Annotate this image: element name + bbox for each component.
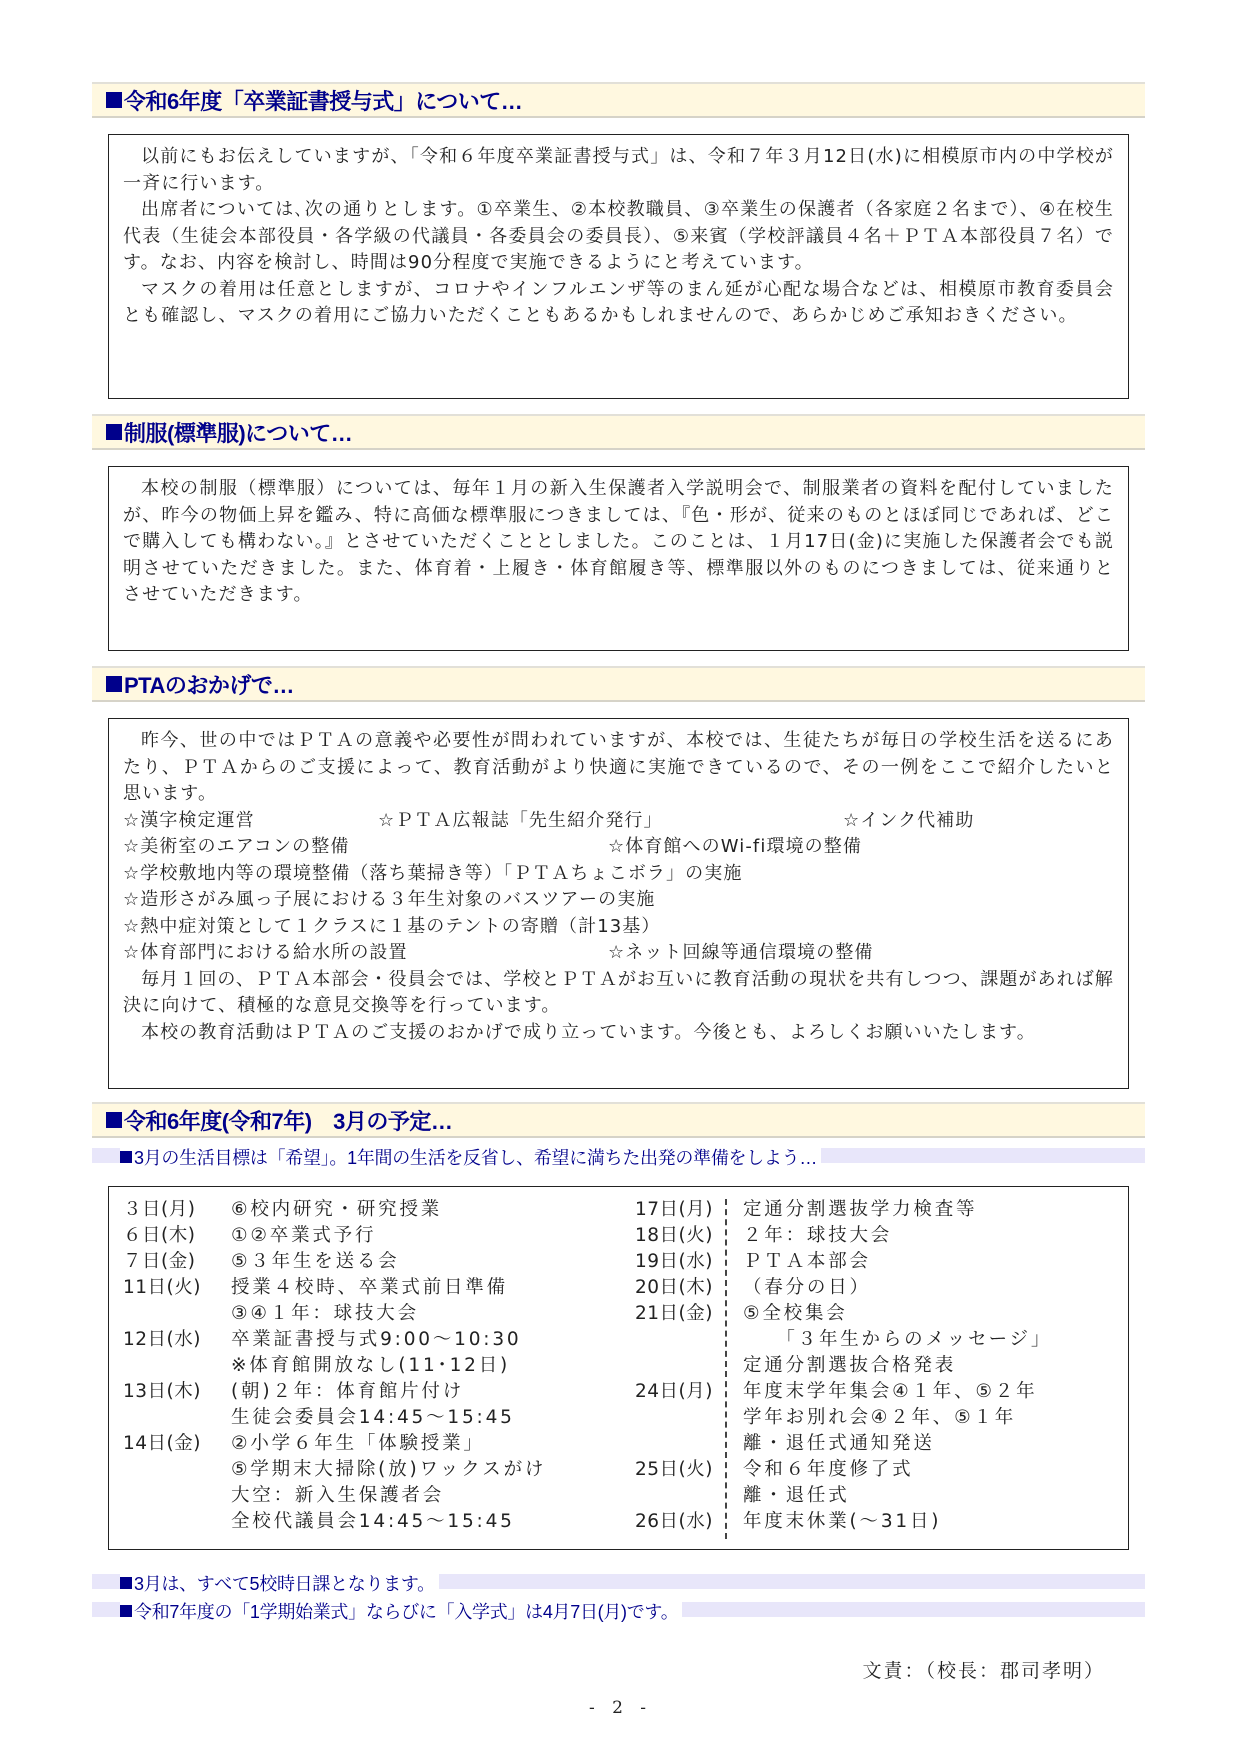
schedule-date: ３日(月) bbox=[123, 1197, 231, 1223]
schedule-entry: 21日(金)⑤全校集会 bbox=[635, 1301, 1052, 1327]
schedule-date: 25日(火) bbox=[635, 1457, 743, 1483]
schedule-text: 年度末学年集会④１年、⑤２年 bbox=[743, 1381, 1037, 1402]
schedule-right-column: 17日(月)定通分割選抜学力検査等18日(火)２年：球技大会19日(水)ＰＴＡ本… bbox=[635, 1197, 1052, 1535]
schedule-entry: 19日(水)ＰＴＡ本部会 bbox=[635, 1249, 1052, 1275]
schedule-entry: 14日(金)②小学６年生「体験授業」 bbox=[123, 1431, 546, 1457]
square-bullet-icon bbox=[120, 1577, 132, 1589]
schedule-text: ②小学６年生「体験授業」 bbox=[231, 1433, 485, 1454]
monthly-goal: 3月の生活目標は「希望」。1年間の生活を反省し、希望に満ちた出発の準備をしよう… bbox=[120, 1144, 821, 1170]
schedule-left-column: ３日(月)⑥校内研究・研究授業６日(木)①②卒業式予行７日(金)⑤３年生を送る会… bbox=[123, 1197, 546, 1535]
schedule-text: ２年：球技大会 bbox=[743, 1225, 892, 1246]
schedule-entry: ③④１年：球技大会 bbox=[123, 1301, 546, 1327]
schedule-entry: 25日(火)令和６年度修了式 bbox=[635, 1457, 1052, 1483]
schedule-date: 17日(月) bbox=[635, 1197, 743, 1223]
section-title: 令和6年度(令和7年) 3月の予定… bbox=[124, 1105, 452, 1136]
schedule-entry: ３日(月)⑥校内研究・研究授業 bbox=[123, 1197, 546, 1223]
section-header-pta: PTAのおかげで… bbox=[92, 666, 1145, 702]
schedule-date: 14日(金) bbox=[123, 1431, 231, 1457]
graduation-box: 以前にもお伝えしていますが、「令和６年度卒業証書授与式」は、令和７年３月12日(… bbox=[108, 134, 1129, 399]
schedule-entry: 17日(月)定通分割選抜学力検査等 bbox=[635, 1197, 1052, 1223]
schedule-entry: 13日(木)(朝)２年：体育館片付け bbox=[123, 1379, 546, 1405]
square-bullet-icon bbox=[106, 1112, 122, 1128]
schedule-date: 20日(木) bbox=[635, 1275, 743, 1301]
list-item: ☆造形さがみ風っ子展における３年生対象のバスツアーの実施 bbox=[123, 887, 1114, 914]
schedule-text: ※体育館開放なし(11･12日) bbox=[231, 1355, 510, 1376]
square-bullet-icon bbox=[120, 1605, 132, 1617]
note-entrance-ceremony: 令和7年度の「1学期始業式」ならびに「入学式」は4月7日(月)です。 bbox=[120, 1598, 682, 1624]
schedule-entry: 12日(水)卒業証書授与式9:00～10:30 bbox=[123, 1327, 546, 1353]
schedule-entry: 離・退任式通知発送 bbox=[635, 1431, 1052, 1457]
schedule-entry: 18日(火)２年：球技大会 bbox=[635, 1223, 1052, 1249]
list-item: ☆漢字検定運営 ☆ＰＴＡ広報誌「先生紹介発行」 ☆インク代補助 bbox=[123, 808, 1114, 835]
section-title: 令和6年度「卒業証書授与式」について… bbox=[124, 85, 522, 116]
schedule-text: 全校代議員会14:45～15:45 bbox=[231, 1511, 515, 1532]
schedule-text: （春分の日） bbox=[743, 1277, 871, 1298]
schedule-text: 大空：新入生保護者会 bbox=[231, 1485, 444, 1506]
schedule-text: ＰＴＡ本部会 bbox=[743, 1251, 871, 1272]
schedule-date: 18日(火) bbox=[635, 1223, 743, 1249]
schedule-date: ７日(金) bbox=[123, 1249, 231, 1275]
schedule-date: 12日(水) bbox=[123, 1327, 231, 1353]
square-bullet-icon bbox=[106, 676, 122, 692]
schedule-entry: 11日(火)授業４校時、卒業式前日準備 bbox=[123, 1275, 546, 1301]
schedule-text: 学年お別れ会④２年、⑤１年 bbox=[743, 1407, 1016, 1428]
uniform-box: 本校の制服（標準服）については、毎年１月の新入生保護者入学説明会で、制服業者の資… bbox=[108, 466, 1129, 651]
schedule-entry: 大空：新入生保護者会 bbox=[123, 1483, 546, 1509]
paragraph: 以前にもお伝えしていますが、「令和６年度卒業証書授与式」は、令和７年３月12日(… bbox=[123, 144, 1114, 197]
schedule-entry: 定通分割選抜合格発表 bbox=[635, 1353, 1052, 1379]
schedule-text: ①②卒業式予行 bbox=[231, 1225, 376, 1246]
section-header-uniform: 制服(標準服)について… bbox=[92, 414, 1145, 450]
schedule-date: 21日(金) bbox=[635, 1301, 743, 1327]
schedule-text: ⑤学期末大掃除(放)ワックスがけ bbox=[231, 1459, 546, 1480]
paragraph: 本校の教育活動はＰＴＡのご支援のおかげで成り立っています。今後とも、よろしくお願… bbox=[123, 1020, 1114, 1047]
list-item: ☆学校敷地内等の環境整備（落ち葉掃き等）「ＰＴＡちょこボラ」の実施 bbox=[123, 861, 1114, 888]
schedule-date: 24日(月) bbox=[635, 1379, 743, 1405]
schedule-text: 生徒会委員会14:45～15:45 bbox=[231, 1407, 515, 1428]
schedule-entry: ７日(金)⑤３年生を送る会 bbox=[123, 1249, 546, 1275]
schedule-entry: 20日(木)（春分の日） bbox=[635, 1275, 1052, 1301]
paragraph: 毎月１回の、ＰＴＡ本部会・役員会では、学校とＰＴＡがお互いに教育活動の現状を共有… bbox=[123, 967, 1114, 1020]
schedule-text: ⑥校内研究・研究授業 bbox=[231, 1199, 442, 1220]
schedule-text: ⑤３年生を送る会 bbox=[231, 1251, 400, 1272]
pta-box: 昨今、世の中ではＰＴＡの意義や必要性が問われていますが、本校では、生徒たちが毎日… bbox=[108, 718, 1129, 1089]
schedule-entry: 全校代議員会14:45～15:45 bbox=[123, 1509, 546, 1535]
schedule-entry: ⑤学期末大掃除(放)ワックスがけ bbox=[123, 1457, 546, 1483]
schedule-entry: 生徒会委員会14:45～15:45 bbox=[123, 1405, 546, 1431]
schedule-text: 授業４校時、卒業式前日準備 bbox=[231, 1277, 508, 1298]
paragraph: 本校の制服（標準服）については、毎年１月の新入生保護者入学説明会で、制服業者の資… bbox=[123, 476, 1114, 609]
paragraph: 昨今、世の中ではＰＴＡの意義や必要性が問われていますが、本校では、生徒たちが毎日… bbox=[123, 728, 1114, 808]
list-item: ☆美術室のエアコンの整備 ☆体育館へのWi-fi環境の整備 bbox=[123, 834, 1114, 861]
signature: 文責：（校長：郡司孝明） bbox=[862, 1656, 1105, 1683]
list-item: ☆熱中症対策として１クラスに１基のテントの寄贈（計13基） bbox=[123, 914, 1114, 941]
schedule-entry: ※体育館開放なし(11･12日) bbox=[123, 1353, 546, 1379]
list-item: ☆体育部門における給水所の設置 ☆ネット回線等通信環境の整備 bbox=[123, 940, 1114, 967]
schedule-text: 離・退任式 bbox=[743, 1485, 850, 1506]
schedule-text: 定通分割選抜合格発表 bbox=[743, 1355, 956, 1376]
paragraph: マスクの着用は任意としますが、コロナやインフルエンザ等のまん延が心配な場合などは… bbox=[123, 277, 1114, 330]
section-title: PTAのおかげで… bbox=[124, 669, 294, 700]
schedule-text: (朝)２年：体育館片付け bbox=[231, 1381, 464, 1402]
square-bullet-icon bbox=[106, 92, 122, 108]
section-title: 制服(標準服)について… bbox=[124, 417, 352, 448]
schedule-entry: 離・退任式 bbox=[635, 1483, 1052, 1509]
schedule-date: 19日(水) bbox=[635, 1249, 743, 1275]
square-bullet-icon bbox=[106, 424, 122, 440]
schedule-entry: 「３年生からのメッセージ」 bbox=[635, 1327, 1052, 1353]
square-bullet-icon bbox=[120, 1151, 132, 1163]
schedule-text: ⑤全校集会 bbox=[743, 1303, 848, 1324]
schedule-entry: ６日(木)①②卒業式予行 bbox=[123, 1223, 546, 1249]
page-number: - 2 - bbox=[0, 1698, 1241, 1718]
schedule-text: 年度末休業(～31日) bbox=[743, 1511, 941, 1532]
note-5-periods: 3月は、すべて5校時日課となります。 bbox=[120, 1570, 439, 1596]
schedule-box: ３日(月)⑥校内研究・研究授業６日(木)①②卒業式予行７日(金)⑤３年生を送る会… bbox=[108, 1186, 1129, 1550]
schedule-entry: 学年お別れ会④２年、⑤１年 bbox=[635, 1405, 1052, 1431]
schedule-text: 定通分割選抜学力検査等 bbox=[743, 1199, 977, 1220]
schedule-text: 令和６年度修了式 bbox=[743, 1459, 913, 1480]
pta-support-list: ☆漢字検定運営 ☆ＰＴＡ広報誌「先生紹介発行」 ☆インク代補助 ☆美術室のエアコ… bbox=[123, 808, 1114, 967]
paragraph: 出席者については､次の通りとします。①卒業生、②本校教職員、③卒業生の保護者（各… bbox=[123, 197, 1114, 277]
section-header-graduation: 令和6年度「卒業証書授与式」について… bbox=[92, 82, 1145, 118]
section-header-march-schedule: 令和6年度(令和7年) 3月の予定… bbox=[92, 1102, 1145, 1138]
schedule-text: 卒業証書授与式9:00～10:30 bbox=[231, 1329, 521, 1350]
schedule-entry: 26日(水)年度末休業(～31日) bbox=[635, 1509, 1052, 1535]
schedule-text: ③④１年：球技大会 bbox=[231, 1303, 419, 1324]
schedule-text: 「３年生からのメッセージ」 bbox=[743, 1329, 1052, 1350]
schedule-entry: 24日(月)年度末学年集会④１年、⑤２年 bbox=[635, 1379, 1052, 1405]
schedule-date: 11日(火) bbox=[123, 1275, 231, 1301]
schedule-date: ６日(木) bbox=[123, 1223, 231, 1249]
schedule-text: 離・退任式通知発送 bbox=[743, 1433, 935, 1454]
schedule-date: 26日(水) bbox=[635, 1509, 743, 1535]
schedule-date: 13日(木) bbox=[123, 1379, 231, 1405]
